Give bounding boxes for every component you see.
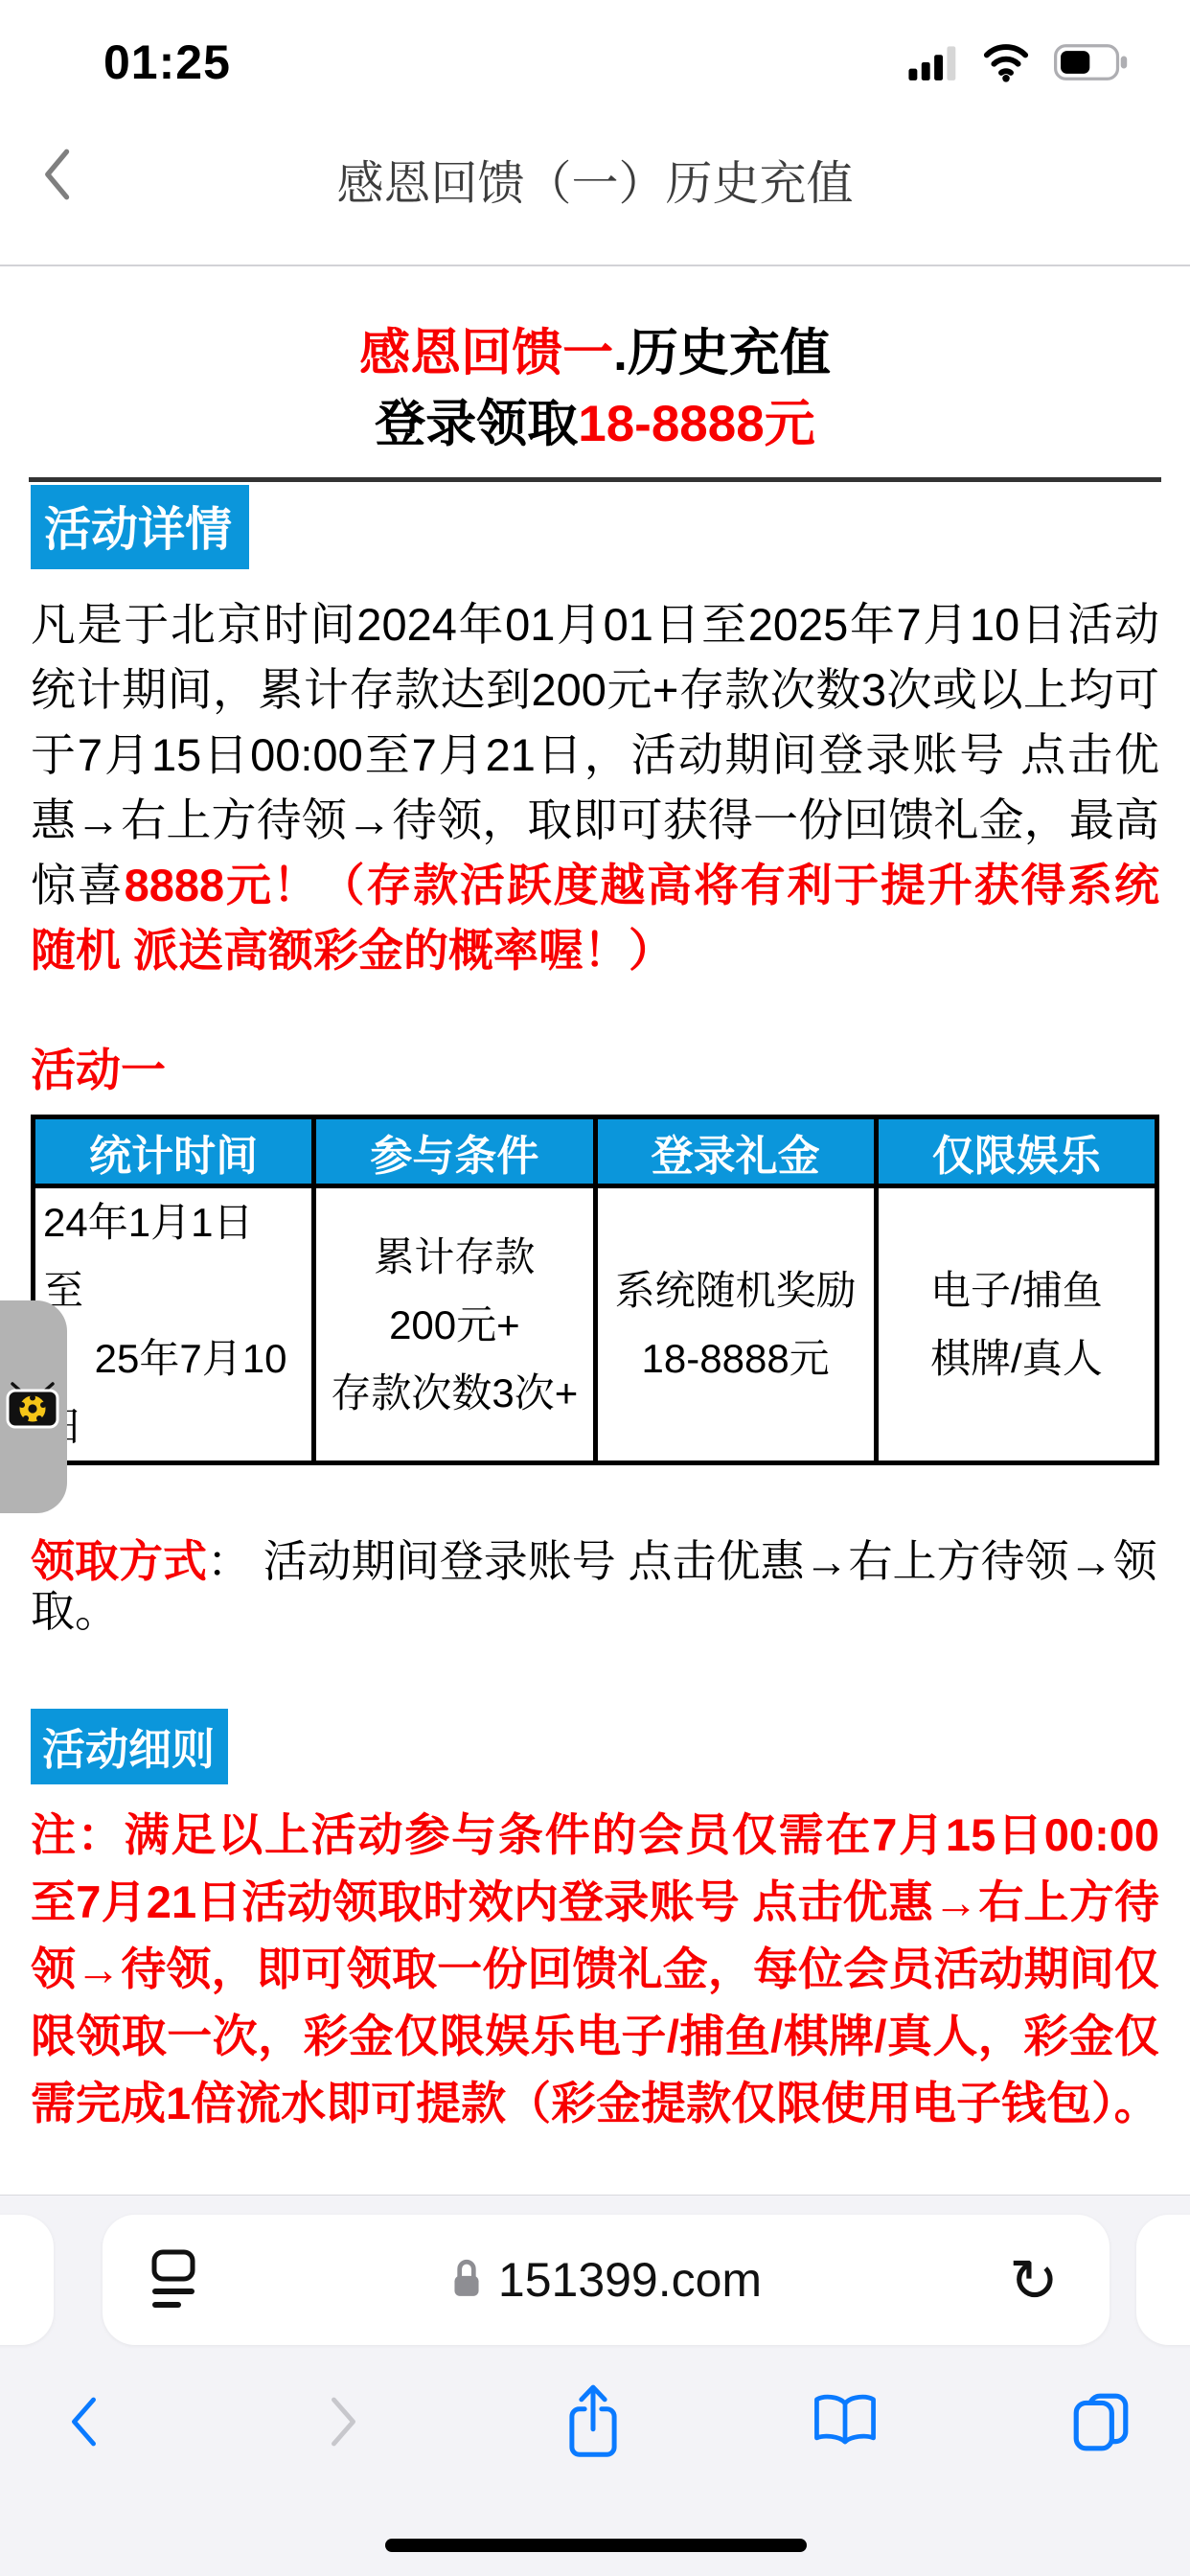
url-text: 151399.com xyxy=(498,2252,762,2308)
activity-table: 统计时间参与条件登录礼金仅限娱乐 24年1月1日至 25年7月10日累计存款20… xyxy=(31,1115,1159,1465)
status-bar: 01:25 xyxy=(0,0,1190,96)
nav-bar: 感恩回馈（一）历史充值 xyxy=(0,96,1190,266)
activity-table-head: 统计时间参与条件登录礼金仅限娱乐 xyxy=(34,1117,1157,1186)
home-indicator[interactable] xyxy=(385,2539,807,2552)
activity-table-body: 24年1月1日至 25年7月10日累计存款200元+存款次数3次+系统随机奖励1… xyxy=(34,1186,1157,1463)
table-cell: 电子/捕鱼棋牌/真人 xyxy=(876,1186,1156,1463)
promo-title-line2: 登录领取18-8888元 xyxy=(0,395,1190,454)
table-header-cell: 仅限娱乐 xyxy=(876,1117,1156,1186)
football-tv-icon[interactable] xyxy=(6,1382,59,1430)
table-cell: 系统随机奖励18-8888元 xyxy=(595,1186,876,1463)
share-icon[interactable] xyxy=(547,2376,639,2468)
rules-note-paragraph: 注：满足以上活动参与条件的会员仅需在7月15日00:00至7月21日活动领取时效… xyxy=(31,1802,1159,2137)
table-header-cell: 参与条件 xyxy=(314,1117,595,1186)
battery-icon xyxy=(1054,43,1131,86)
status-icons xyxy=(908,42,1131,87)
section-label-details: 活动详情 xyxy=(31,485,249,569)
refresh-icon[interactable]: ↻ xyxy=(1000,2240,1067,2320)
page-content: 感恩回馈一.历史充值 登录领取18-8888元 活动详情 凡是于北京时间2024… xyxy=(0,268,1190,2398)
tabs-icon[interactable] xyxy=(1055,2376,1147,2468)
browser-forward-button[interactable] xyxy=(297,2376,389,2468)
lock-icon xyxy=(450,2256,483,2305)
section-label-rules: 活动细则 xyxy=(31,1709,228,1784)
intro-paragraph: 凡是于北京时间2024年01月01日至2025年7月10日活动统计期间，累计存款… xyxy=(31,592,1159,983)
next-tab-pill[interactable] xyxy=(1136,2215,1190,2345)
table-cell: 累计存款200元+存款次数3次+ xyxy=(314,1186,595,1463)
browser-bottom-bar: 151399.com ↻ xyxy=(0,2195,1190,2576)
status-time: 01:25 xyxy=(103,34,231,90)
browser-back-button[interactable] xyxy=(38,2376,130,2468)
previous-tab-pill[interactable] xyxy=(0,2215,54,2345)
promo-title-line1: 感恩回馈一.历史充值 xyxy=(0,324,1190,383)
address-bar[interactable]: 151399.com ↻ xyxy=(103,2215,1110,2345)
cellular-signal-icon xyxy=(908,43,958,86)
table-header-cell: 统计时间 xyxy=(34,1117,314,1186)
divider-rule xyxy=(29,477,1161,482)
table-header-cell: 登录礼金 xyxy=(595,1117,876,1186)
activity1-label: 活动一 xyxy=(31,1035,1159,1099)
bookmarks-icon[interactable] xyxy=(799,2376,891,2468)
wifi-icon xyxy=(979,42,1033,87)
claim-method-line: 领取方式： 活动期间登录账号 点击优惠→右上方待领→领取。 xyxy=(31,1536,1159,1636)
table-cell: 24年1月1日至 25年7月10日 xyxy=(34,1186,314,1463)
page-title: 感恩回馈（一）历史充值 xyxy=(0,96,1190,264)
